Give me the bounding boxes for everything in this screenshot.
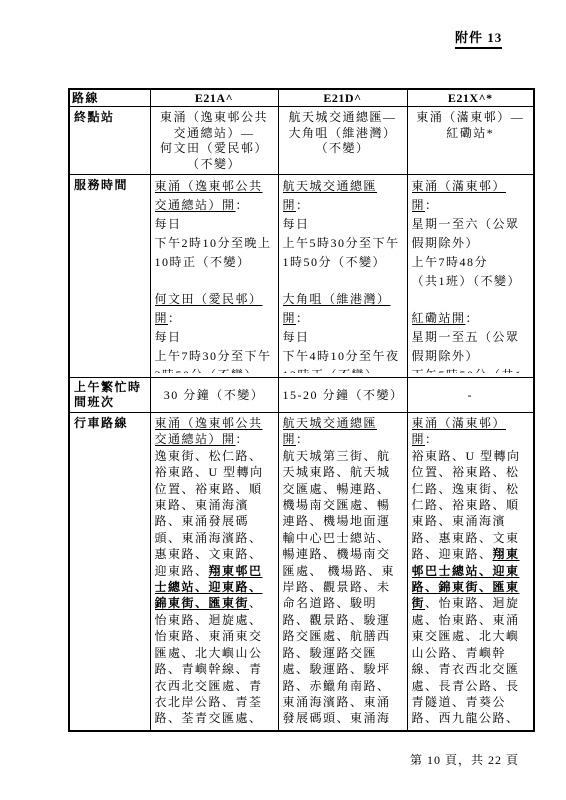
header-route-e21a: E21A^	[150, 89, 278, 107]
am-peak-e21d: 15-20 分鐘（不變）	[278, 378, 407, 413]
service-e21x-block2: 紅磡站開： 星期一至五（公眾 假期除外） 下午5時50分（共1 班）（暫定）*	[412, 309, 530, 373]
appendix-title: 附件 13	[455, 27, 502, 49]
service-hours-e21x: 東涌（滿東邨）開： 星期一至六（公眾 假期除外） 上午7時48分 （共1班）（不…	[407, 175, 534, 378]
terminus-e21x: 東涌（滿東邨）— 紅磡站*	[407, 107, 534, 175]
service-hours-e21a: 東涌（逸東邨公共 交通總站）開： 每日 下午2時10分至晚上 10時正（不變）何…	[150, 175, 278, 378]
routing-row-label: 行車路線	[69, 413, 150, 731]
terminus-row-label: 終點站	[69, 107, 150, 175]
routing-e21a: 東涌（逸東邨公共 交通總站）開： 逸東街、松仁路、 裕東路、U 型轉向 位置、裕…	[150, 413, 278, 731]
am-peak-frequency-row: 上午繁忙時 間班次 30 分鐘（不變） 15-20 分鐘（不變） -	[69, 378, 534, 413]
terminus-e21a: 東涌（逸東邨公共 交通總站）— 何文田（愛民邨） （不變）	[150, 107, 278, 175]
terminus-row: 終點站 東涌（逸東邨公共 交通總站）— 何文田（愛民邨） （不變） 航天城交通總…	[69, 107, 534, 175]
routing-row: 行車路線 東涌（逸東邨公共 交通總站）開： 逸東街、松仁路、 裕東路、U 型轉向…	[69, 413, 534, 731]
header-route-e21x: E21X^*	[407, 89, 534, 107]
am-peak-e21a: 30 分鐘（不變）	[150, 378, 278, 413]
am-peak-row-label: 上午繁忙時 間班次	[69, 378, 150, 413]
service-e21x-origin2-heading: 紅磡站開	[412, 311, 466, 325]
service-hours-row: 服務時間 東涌（逸東邨公共 交通總站）開： 每日 下午2時10分至晚上 10時正…	[69, 175, 534, 378]
routing-e21d: 航天城交通總匯 開： 航天城第三街、航 天城東路、航天城 交匯處、暢連路、 機場…	[278, 413, 407, 731]
service-e21a-block1: 東涌（逸東邨公共 交通總站）開： 每日 下午2時10分至晚上 10時正（不變）	[155, 179, 272, 269]
header-route-e21d: E21D^	[278, 89, 407, 107]
service-hours-row-label: 服務時間	[69, 175, 150, 378]
terminus-e21d: 航天城交通總匯— 大角咀（維港灣） （不變）	[278, 107, 407, 175]
service-e21x-block1: 東涌（滿東邨）開： 星期一至六（公眾 假期除外） 上午7時48分 （共1班）（不…	[412, 179, 522, 288]
table-header-row: 路線 E21A^ E21D^ E21X^*	[69, 89, 534, 107]
header-route-label: 路線	[69, 89, 150, 107]
service-hours-e21d: 航天城交通總匯開： 每日 上午5時30分至下午 1時50分（不變）大角咀（維港灣…	[278, 175, 407, 378]
service-e21d-block2: 大角咀（維港灣）開： 每日 下午4時10分至午夜 12時正（不變）	[283, 290, 403, 373]
service-e21d-block1: 航天城交通總匯開： 每日 上午5時30分至下午 1時50分（不變）	[283, 179, 400, 269]
page-number-footer: 第 10 頁，共 22 頁	[410, 751, 519, 768]
bus-routes-table: 路線 E21A^ E21D^ E21X^* 終點站 東涌（逸東邨公共 交通總站）…	[68, 88, 535, 732]
am-peak-e21x: -	[407, 378, 534, 413]
routing-e21x: 東涌（滿東邨） 開： 裕東路、U 型轉向 位置、裕東路、松 仁路、逸東街、松 仁…	[407, 413, 534, 731]
service-e21a-block2: 何文田（愛民邨） 開： 每日 上午7時30分至下午 3時50分（不變）	[155, 290, 274, 373]
